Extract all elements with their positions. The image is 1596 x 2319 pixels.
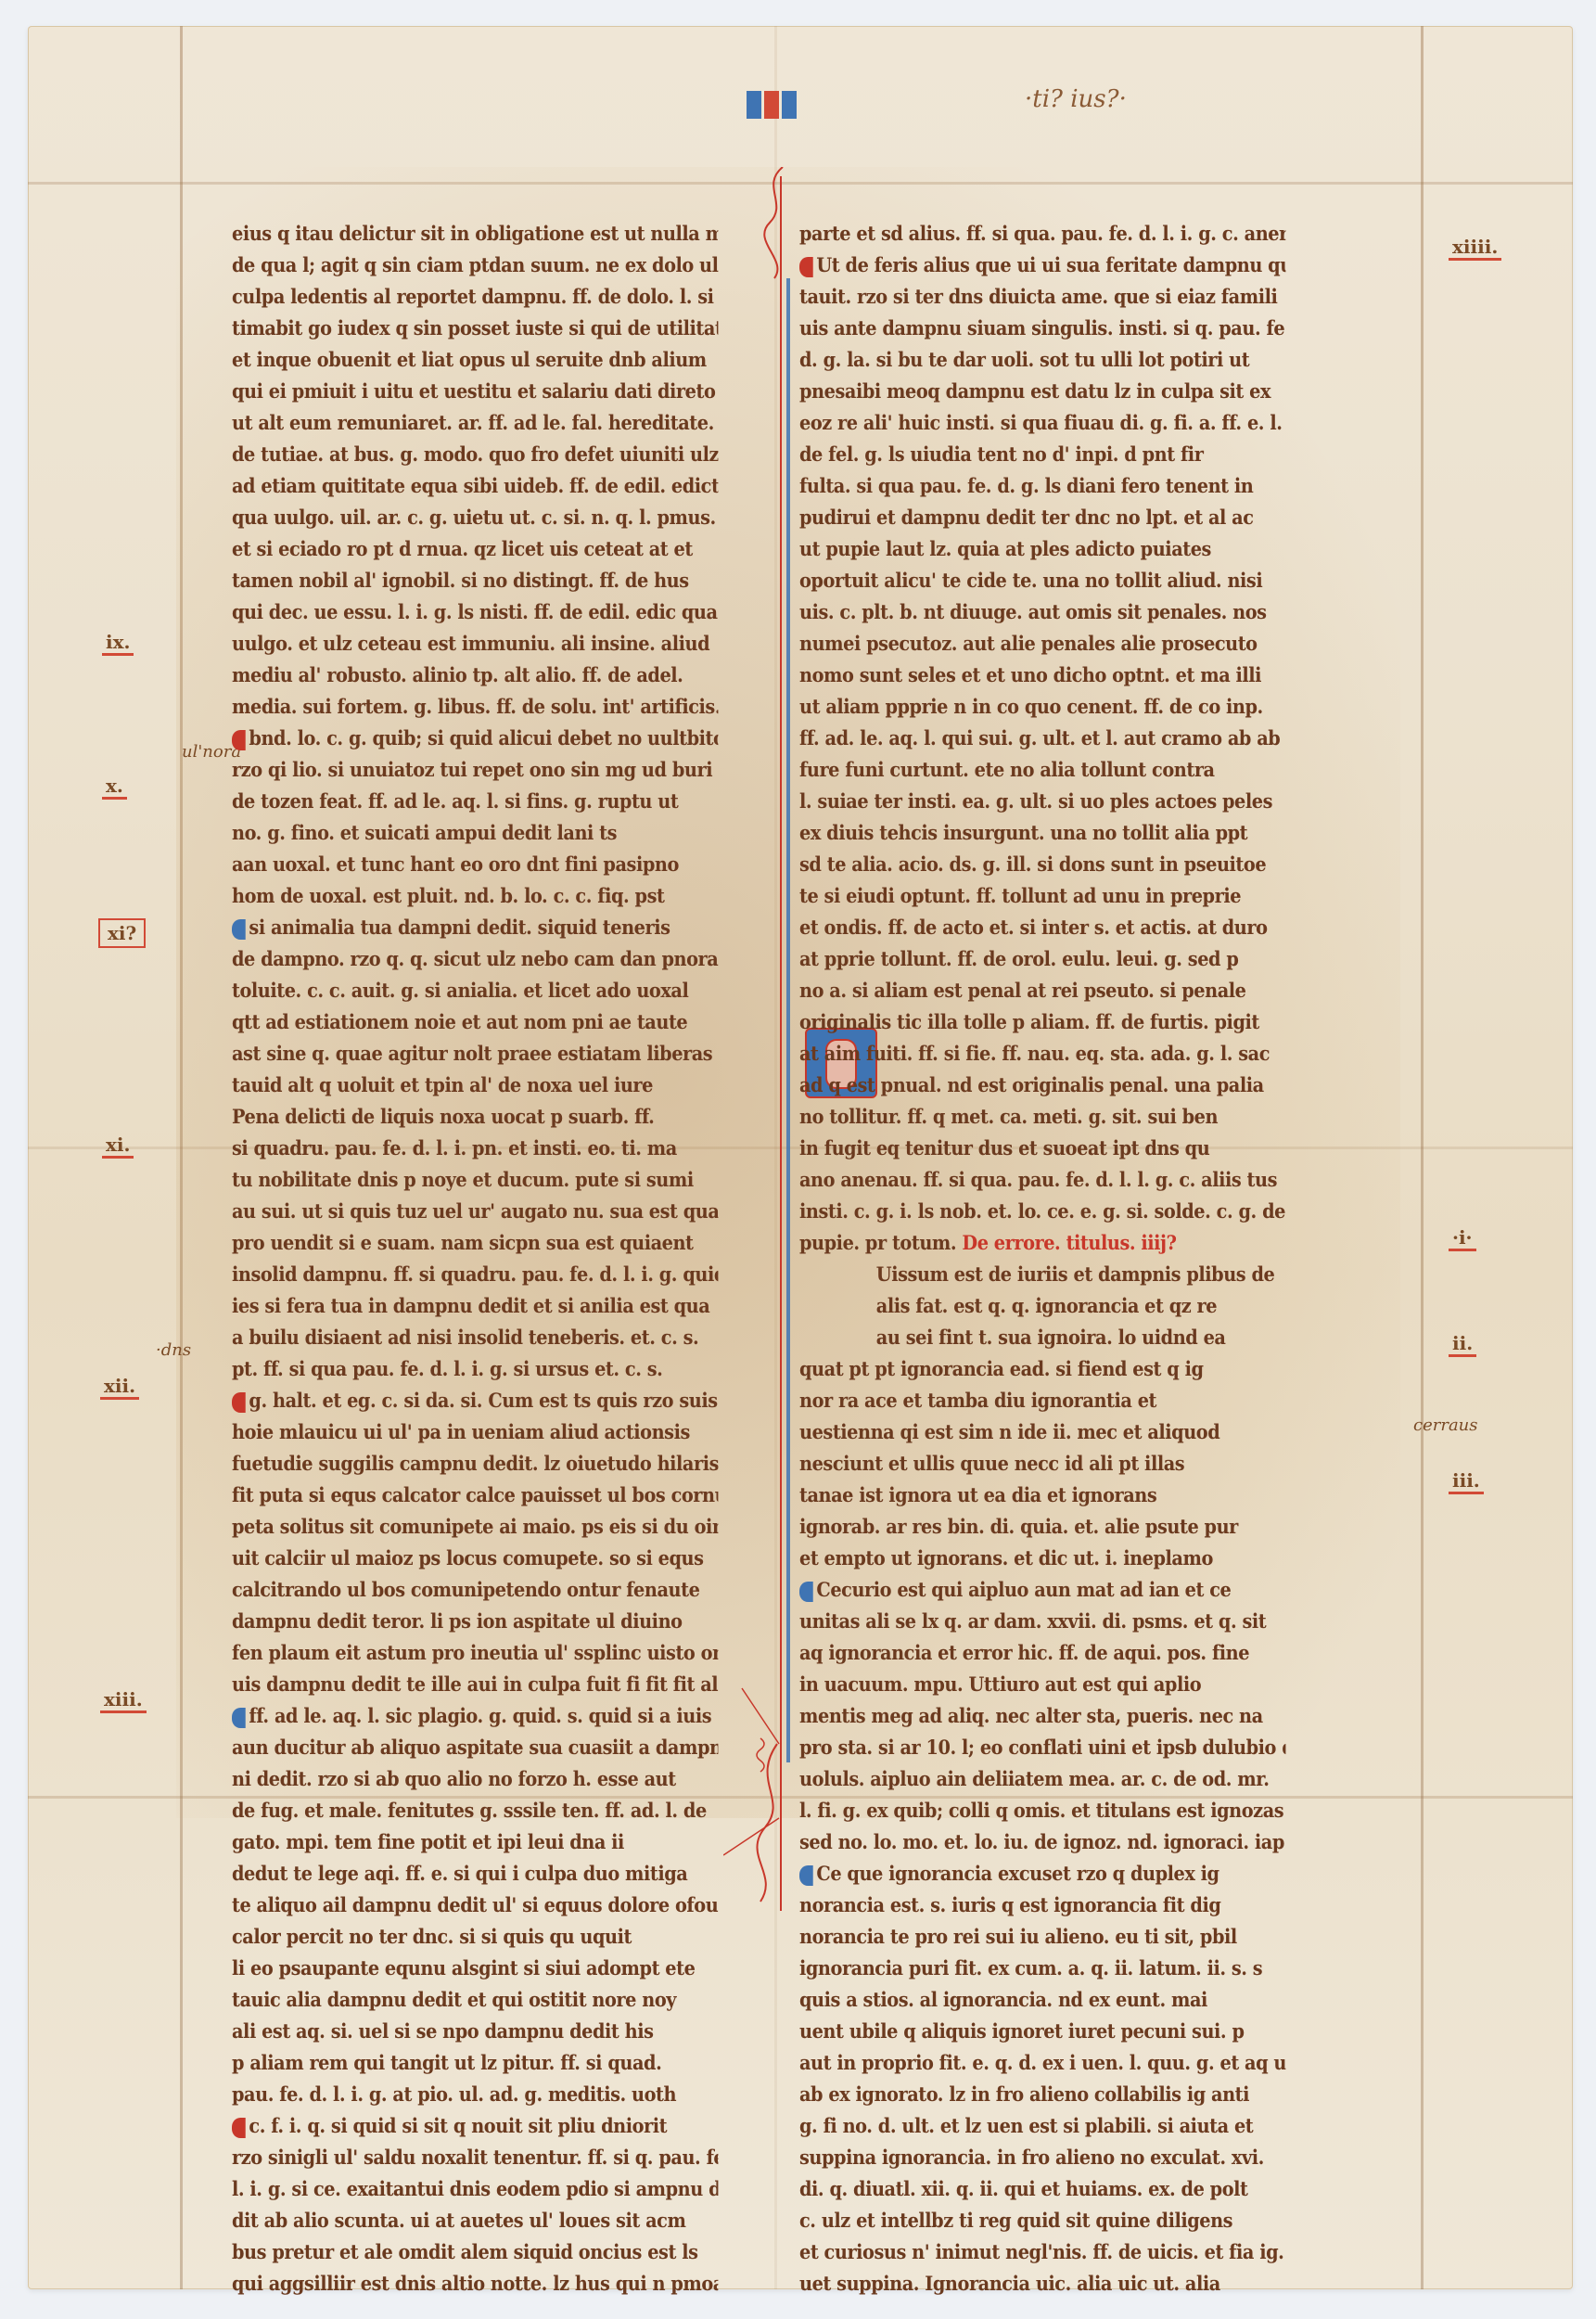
text-line: quat pt pt ignorancia ead. si fiend est … bbox=[799, 1353, 1285, 1385]
running-header-flag bbox=[747, 91, 802, 119]
text-line: tauit. rzo si ter dns diuicta ame. que s… bbox=[799, 281, 1285, 313]
text-line: aun ducitur ab aliquo aspitate sua cuasi… bbox=[232, 1732, 718, 1763]
paragraph-mark-blue bbox=[232, 1708, 246, 1728]
text-line: fulta. si qua pau. fe. d. g. ls diani fe… bbox=[799, 470, 1285, 502]
text-line: toluite. c. c. auit. g. si anialia. et l… bbox=[232, 975, 718, 1006]
text-line: uoluls. aipluo ain deliiatem mea. ar. c.… bbox=[799, 1763, 1285, 1795]
margin-numeral: x. bbox=[102, 775, 127, 800]
margin-numeral: xi. bbox=[102, 1134, 134, 1159]
paragraph-mark-red bbox=[232, 2118, 246, 2138]
text-line: pudirui et dampnu dedit ter dnc no lpt. … bbox=[799, 502, 1285, 533]
text-line: de tutiae. at bus. g. modo. quo fro defe… bbox=[232, 439, 718, 470]
text-column-right: parte et sd alius. ff. si qua. pau. fe. … bbox=[799, 218, 1328, 2300]
text-line: hom de uoxal. est pluit. nd. b. lo. c. c… bbox=[232, 880, 718, 912]
text-line: aan uoxal. et tunc hant eo oro dnt fini … bbox=[232, 849, 718, 880]
text-line: de fel. g. ls uiudia tent no d' inpi. d … bbox=[799, 439, 1285, 470]
text-line: sd te alia. acio. ds. g. ill. si dons su… bbox=[799, 849, 1285, 880]
text-line: insti. c. g. i. ls nob. et. lo. ce. e. g… bbox=[799, 1196, 1285, 1227]
text-line: uent ubile q aliquis ignoret iuret pecun… bbox=[799, 2016, 1285, 2047]
paragraph-mark-blue bbox=[799, 1582, 813, 1602]
text-line: tauic alia dampnu dedit et qui ostitit n… bbox=[232, 1984, 718, 2016]
text-line: ali est aq. si. uel si se npo dampnu ded… bbox=[232, 2016, 718, 2047]
margin-numeral: iii. bbox=[1449, 1469, 1484, 1494]
text-column-left: eius q itau delictur sit in obligatione … bbox=[232, 218, 760, 2300]
flag-stripe-red bbox=[764, 91, 779, 119]
text-line: c. f. i. q. si quid si sit q nouit sit p… bbox=[232, 2110, 718, 2142]
text-line: pro uendit si e suam. nam sicpn sua est … bbox=[232, 1227, 718, 1259]
text-line: bnd. lo. c. g. quib; si quid alicui debe… bbox=[232, 723, 718, 754]
text-line: no tollitur. ff. q met. ca. meti. g. sit… bbox=[799, 1101, 1285, 1133]
margin-numeral: ix. bbox=[102, 631, 134, 656]
text-line: uis ante dampnu siuam singulis. insti. s… bbox=[799, 313, 1285, 344]
text-line: tu nobilitate dnis p noye et ducum. pute… bbox=[232, 1164, 718, 1196]
text-line: de qua l; agit q sin ciam ptdan suum. ne… bbox=[232, 250, 718, 281]
text-line: ab ex ignorato. lz in fro alieno collabi… bbox=[799, 2079, 1285, 2110]
text-line: fen plaum eit astum pro ineutia ul' sspl… bbox=[232, 1637, 718, 1669]
text-line: l. i. g. si ce. exaitantui dnis eodem pd… bbox=[232, 2173, 718, 2205]
text-line: insolid dampnu. ff. si quadru. pau. fe. … bbox=[232, 1259, 718, 1290]
text-line: numei psecutoz. aut alie penales alie pr… bbox=[799, 628, 1285, 660]
text-line: peta solitus sit comunipete ai maio. ps … bbox=[232, 1511, 718, 1543]
text-line: uis. c. plt. b. nt diuuge. aut omis sit … bbox=[799, 596, 1285, 628]
flag-stripe-blue bbox=[782, 91, 797, 119]
text-line: gato. mpi. tem fine potit et ipi leui dn… bbox=[232, 1826, 718, 1858]
text-line: nor ra ace et tamba diu ignorantia et bbox=[799, 1385, 1285, 1416]
text-line: ies si fera tua in dampnu dedit et si an… bbox=[232, 1290, 718, 1322]
text-line: eius q itau delictur sit in obligatione … bbox=[232, 218, 718, 250]
text-line: ut pupie laut lz. quia at ples adicto pu… bbox=[799, 533, 1285, 565]
margin-note: cerraus bbox=[1413, 1416, 1478, 1435]
paragraph-mark-red bbox=[232, 1392, 246, 1413]
text-line: Uissum est de iuriis et dampnis plibus d… bbox=[799, 1259, 1285, 1290]
text-line: de dampno. rzo q. q. sicut ulz nebo cam … bbox=[232, 943, 718, 975]
margin-numeral: ·i· bbox=[1449, 1226, 1476, 1251]
text-line: ignorab. ar res bin. di. quia. et. alie … bbox=[799, 1511, 1285, 1543]
text-line: dampnu dedit teror. li ps ion aspitate u… bbox=[232, 1606, 718, 1637]
text-line: nomo sunt seles et et uno dicho optnt. e… bbox=[799, 660, 1285, 691]
text-line: mediu al' robusto. alinio tp. alt alio. … bbox=[232, 660, 718, 691]
text-line: culpa ledentis al reportet dampnu. ff. d… bbox=[232, 281, 718, 313]
text-line: parte et sd alius. ff. si qua. pau. fe. … bbox=[799, 218, 1285, 250]
text-line: Pena delicti de liquis noxa uocat p suar… bbox=[232, 1101, 718, 1133]
text-line: aq ignorancia et error hic. ff. de aqui.… bbox=[799, 1637, 1285, 1669]
text-line: fuetudie suggilis campnu dedit. lz oiuet… bbox=[232, 1448, 718, 1480]
text-line: ast sine q. quae agitur nolt praee estia… bbox=[232, 1038, 718, 1070]
text-line: tauid alt q uoluit et tpin al' de noxa u… bbox=[232, 1070, 718, 1101]
text-line: dedut te lege aqi. ff. e. si qui i culpa… bbox=[232, 1858, 718, 1890]
text-line: uis dampnu dedit te ille aui in culpa fu… bbox=[232, 1669, 718, 1700]
paragraph-mark-red bbox=[799, 257, 813, 277]
text-line: calcitrando ul bos comunipetendo ontur f… bbox=[232, 1574, 718, 1606]
text-line: rzo qi lio. si unuiatoz tui repet ono si… bbox=[232, 754, 718, 786]
text-line: te si eiudi optunt. ff. tollunt ad unu i… bbox=[799, 880, 1285, 912]
text-line: Ce que ignorancia excuset rzo q duplex i… bbox=[799, 1858, 1285, 1890]
margin-numeral: xiii. bbox=[100, 1688, 147, 1713]
text-line: ignorancia puri fit. ex cum. a. q. ii. l… bbox=[799, 1953, 1285, 1984]
text-line: aut in proprio fit. e. q. d. ex i uen. l… bbox=[799, 2047, 1285, 2079]
running-title: ·ti? ius?· bbox=[1025, 85, 1127, 113]
text-line: Cecurio est qui aipluo aun mat ad ian et… bbox=[799, 1574, 1285, 1606]
text-line: no a. si aliam est penal at rei pseuto. … bbox=[799, 975, 1285, 1006]
text-line: qua uulgo. uil. ar. c. g. uietu ut. c. s… bbox=[232, 502, 718, 533]
text-line: bus pretur et ale omdit alem siquid onci… bbox=[232, 2236, 718, 2268]
text-line: suppina ignorancia. in fro alieno no exc… bbox=[799, 2142, 1285, 2173]
text-line: ano anenau. ff. si qua. pau. fe. d. l. l… bbox=[799, 1164, 1285, 1196]
fold-line-right bbox=[1421, 26, 1424, 2289]
text-line: et curiosus n' inimut negl'nis. ff. de u… bbox=[799, 2236, 1285, 2268]
text-line: li eo psaupante equnu alsgint si siui ad… bbox=[232, 1953, 718, 1984]
text-line: alis fat. est q. q. ignorancia et qz re bbox=[799, 1290, 1285, 1322]
text-line: qtt ad estiationem noie et aut nom pni a… bbox=[232, 1006, 718, 1038]
paragraph-mark-blue bbox=[232, 919, 246, 940]
text-line: tamen nobil al' ignobil. si no distingt.… bbox=[232, 565, 718, 596]
text-line: de fug. et male. fenitutes g. sssile ten… bbox=[232, 1795, 718, 1826]
margin-numeral: xiiii. bbox=[1449, 236, 1501, 261]
margin-numeral-boxed: xi? bbox=[98, 918, 146, 948]
text-line: qui ei pmiuit i uitu et uestitu et salar… bbox=[232, 376, 718, 407]
text-line: uet suppina. Ignorancia uic. alia uic ut… bbox=[799, 2268, 1285, 2300]
text-line: c. ulz et intellbz ti reg quid sit quine… bbox=[799, 2205, 1285, 2236]
text-line: pau. fe. d. l. i. g. at pio. ul. ad. g. … bbox=[232, 2079, 718, 2110]
text-line: sed no. lo. mo. et. lo. iu. de ignoz. nd… bbox=[799, 1826, 1285, 1858]
text-line: ni dedit. rzo si ab quo alio no forzo h.… bbox=[232, 1763, 718, 1795]
text-line: a builu disiaent ad nisi insolid teneber… bbox=[232, 1322, 718, 1353]
text-line: norancia te pro rei sui iu alieno. eu ti… bbox=[799, 1921, 1285, 1953]
text-line: p aliam rem qui tangit ut lz pitur. ff. … bbox=[232, 2047, 718, 2079]
text-line: at pprie tollunt. ff. de orol. eulu. leu… bbox=[799, 943, 1285, 975]
text-line: ff. ad le. aq. l. sic plagio. g. quid. s… bbox=[232, 1700, 718, 1732]
text-line: et ondis. ff. de acto et. si inter s. et… bbox=[799, 912, 1285, 943]
margin-numeral: xii. bbox=[100, 1375, 139, 1400]
text-line: eoz re ali' huic insti. si qua fiuau di.… bbox=[799, 407, 1285, 439]
paragraph-mark-blue bbox=[799, 1865, 813, 1886]
text-line: Ut de feris alius que ui ui sua feritate… bbox=[799, 250, 1285, 281]
text-line: timabit go iudex q sin posset iuste si q… bbox=[232, 313, 718, 344]
text-line: et si eciado ro pt d rnua. qz licet uis … bbox=[232, 533, 718, 565]
text-line: rzo sinigli ul' saldu noxalit tenentur. … bbox=[232, 2142, 718, 2173]
text-line: media. sui fortem. g. libus. ff. de solu… bbox=[232, 691, 718, 723]
text-line: ut aliam ppprie n in co quo cenent. ff. … bbox=[799, 691, 1285, 723]
text-line: quis a stios. al ignorancia. nd ex eunt.… bbox=[799, 1984, 1285, 2016]
text-line: tanae ist ignora ut ea dia et ignorans bbox=[799, 1480, 1285, 1511]
text-line: no. g. fino. et suicati ampui dedit lani… bbox=[232, 817, 718, 849]
margin-note: ·dns bbox=[156, 1340, 191, 1360]
text-line: pnesaibi meoq dampnu est datu lz in culp… bbox=[799, 376, 1285, 407]
text-line: originalis tic illa tolle p aliam. ff. d… bbox=[799, 1006, 1285, 1038]
text-line: g. halt. et eg. c. si da. si. Cum est ts… bbox=[232, 1385, 718, 1416]
text-line: te aliquo ail dampnu dedit ul' si equus … bbox=[232, 1890, 718, 1921]
text-line: hoie mlauicu ui ul' pa in ueniam aliud a… bbox=[232, 1416, 718, 1448]
text-line: ad q est pnual. nd est originalis penal.… bbox=[799, 1070, 1285, 1101]
rubric-heading: De errore. titulus. iiij? bbox=[962, 1231, 1176, 1254]
text-line: pupie. pr totum. De errore. titulus. iii… bbox=[799, 1227, 1285, 1259]
text-line: norancia est. s. iuris q est ignorancia … bbox=[799, 1890, 1285, 1921]
text-line: l. suiae ter insti. ea. g. ult. si uo pl… bbox=[799, 786, 1285, 817]
text-line: qui aggsilliir est dnis altio notte. lz … bbox=[232, 2268, 718, 2300]
text-line: unitas ali se lx q. ar dam. xxvii. di. p… bbox=[799, 1606, 1285, 1637]
text-line: g. fi no. d. ult. et lz uen est si plabi… bbox=[799, 2110, 1285, 2142]
text-line: pt. ff. si qua pau. fe. d. l. i. g. si u… bbox=[232, 1353, 718, 1385]
text-line: uestienna qi est sim n ide ii. mec et al… bbox=[799, 1416, 1285, 1448]
text-line: fure funi curtunt. ete no alia tollunt c… bbox=[799, 754, 1285, 786]
paragraph-mark-red bbox=[232, 730, 246, 750]
text-line: et inque obuenit et liat opus ul seruite… bbox=[232, 344, 718, 376]
text-line: calor percit no ter dnc. si si quis qu u… bbox=[232, 1921, 718, 1953]
text-line: at aim fuiti. ff. si fie. ff. nau. eq. s… bbox=[799, 1038, 1285, 1070]
text-line: qui dec. ue essu. l. i. g. ls nisti. ff.… bbox=[232, 596, 718, 628]
text-line: in uacuum. mpu. Uttiuro aut est qui apli… bbox=[799, 1669, 1285, 1700]
text-line: au sui. ut si quis tuz uel ur' augato nu… bbox=[232, 1196, 718, 1227]
text-line: si quadru. pau. fe. d. l. i. pn. et inst… bbox=[232, 1133, 718, 1164]
text-line: oportuit alicu' te cide te. una no tolli… bbox=[799, 565, 1285, 596]
text-line: di. q. diuatl. xii. q. ii. qui et huiams… bbox=[799, 2173, 1285, 2205]
text-line: ut alt eum remuniaret. ar. ff. ad le. fa… bbox=[232, 407, 718, 439]
text-line: de tozen feat. ff. ad le. aq. l. si fins… bbox=[232, 786, 718, 817]
text-line: l. fi. g. ex quib; colli q omis. et titu… bbox=[799, 1795, 1285, 1826]
text-line: ex diuis tehcis insurgunt. una no tollit… bbox=[799, 817, 1285, 849]
text-line: au sei fint t. sua ignoira. lo uidnd ea bbox=[799, 1322, 1285, 1353]
text-line: in fugit eq tenitur dus et suoeat ipt dn… bbox=[799, 1133, 1285, 1164]
text-line: si animalia tua dampni dedit. siquid ten… bbox=[232, 912, 718, 943]
text-line: d. g. la. si bu te dar uoli. sot tu ulli… bbox=[799, 344, 1285, 376]
text-line: fit puta si equs calcator calce pauisset… bbox=[232, 1480, 718, 1511]
text-line: pro sta. si ar 10. l; eo conflati uini e… bbox=[799, 1732, 1285, 1763]
text-line: mentis meg ad aliq. nec alter sta, pueri… bbox=[799, 1700, 1285, 1732]
text-line: ff. ad. le. aq. l. qui sui. g. ult. et l… bbox=[799, 723, 1285, 754]
margin-numeral: ii. bbox=[1449, 1332, 1476, 1357]
text-line: et empto ut ignorans. et dic ut. i. inep… bbox=[799, 1543, 1285, 1574]
text-line: uulgo. et ulz ceteau est immuniu. ali in… bbox=[232, 628, 718, 660]
text-line: dit ab alio scunta. ui at auetes ul' lou… bbox=[232, 2205, 718, 2236]
text-line: ad etiam quititate equa sibi uideb. ff. … bbox=[232, 470, 718, 502]
flag-stripe-blue bbox=[747, 91, 761, 119]
text-line: nesciunt et ullis quue necc id ali pt il… bbox=[799, 1448, 1285, 1480]
text-line: uit calciir ul maioz ps locus comupete. … bbox=[232, 1543, 718, 1574]
